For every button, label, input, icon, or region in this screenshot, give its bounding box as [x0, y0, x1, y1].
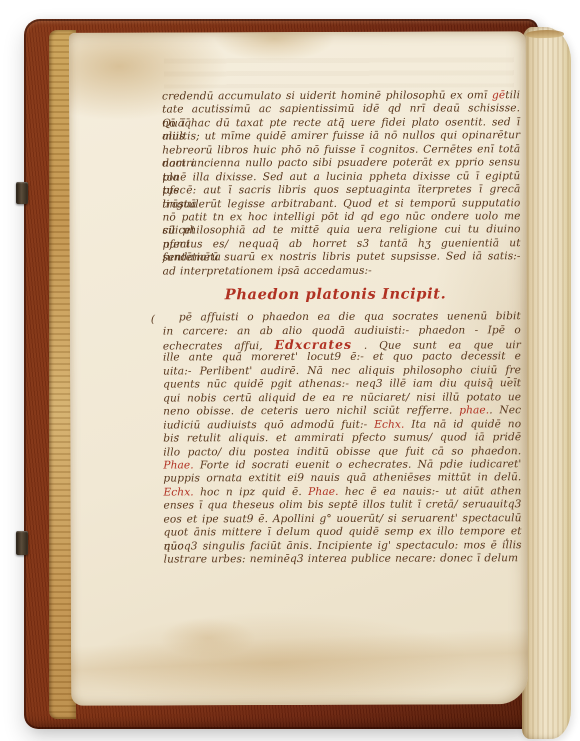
- line-text: pē affuisti o phaedon ea die qua socrate…: [179, 310, 521, 323]
- line-text: puppis ornata extitit ei9 nauis quā athe…: [163, 472, 521, 485]
- margin-mark: -: [507, 371, 511, 383]
- speaker-tag: Phae.: [163, 459, 193, 471]
- speaker-tag: Edxcrates: [275, 337, 352, 352]
- line-text: qui nobis certū aliquid de ea re nūciare…: [163, 391, 521, 404]
- line-text: . Nec: [489, 404, 521, 416]
- manuscript-line: lustrare urbes: neminēq3 interea publice…: [164, 552, 522, 567]
- line-text: lustrare urbes: neminēq3 interea publice…: [164, 552, 519, 565]
- manuscript-line: ad interpretationem ipsā accedamus:-: [163, 264, 521, 279]
- line-text: illo pacto/ diu postea inditū obisse que…: [163, 445, 521, 458]
- line-text: quoq3 singulis faciūt ānis. Incipiente i…: [164, 539, 522, 552]
- manuscript-line: echecrates affui, Edxcrates . Que sunt e…: [163, 337, 521, 352]
- manuscript-line: Phae. Forte id socrati euenit o echecrat…: [163, 458, 521, 473]
- manuscript-line: sentētiarū suarū ex nostris libris putet…: [163, 250, 521, 265]
- line-text: multis; ut mīme quidē amirer fuisse iā n…: [162, 130, 520, 143]
- fore-edge-top-shadow: [526, 29, 564, 38]
- verso-show-through: [164, 57, 514, 88]
- manuscript-line: puppis ornata extitit ei9 nauis quā athe…: [163, 472, 521, 487]
- manuscript-line: ille ante quā moreret' locut9 ē:- et quo…: [163, 351, 521, 366]
- manuscript-line: bis retulit aliquis. et ammirati pfecto …: [163, 431, 521, 446]
- manuscript-line: credendū accumulato si uiderit hominē ph…: [162, 89, 520, 104]
- dialogue-paragraph: pē affuisti o phaedon ea die qua socrate…: [163, 310, 522, 567]
- manuscript-line: multis; ut mīme quidē amirer fuisse iā n…: [162, 130, 520, 145]
- speaker-tag: phae.: [459, 405, 489, 417]
- manuscript-line: tus ē: aut ī sacris libris quos septuagi…: [162, 183, 520, 198]
- speaker-tag: Echx.: [374, 418, 404, 430]
- manuscript-photo: credendū accumulato si uiderit hominē ph…: [0, 0, 580, 741]
- manuscript-line: tonē illa dixisse. Sed aut a lucinia pph…: [162, 170, 520, 185]
- line-text: tili: [505, 89, 520, 101]
- manuscript-page: credendū accumulato si uiderit hominē ph…: [69, 31, 528, 706]
- manuscript-line: trāstulerūt legisse arbitrabant. Quod et…: [162, 197, 520, 212]
- manuscript-line: illo pacto/ diu postea inditū obisse que…: [163, 445, 521, 460]
- line-text: Forte id socrati euenit o echecrates. Nā…: [194, 458, 522, 471]
- manuscript-line: hebreorū libros huic phō nō fuisse ī cog…: [162, 143, 520, 158]
- manuscript-line: iudiciū audiuists quō admodū fuit:- Echx…: [163, 418, 521, 433]
- clasp-bottom: [16, 531, 28, 555]
- line-text: uita:- Perlibent' audirē. Nā nec aliquis…: [163, 364, 521, 377]
- manuscript-line: quoq3 singulis faciūt ānis. Incipiente i…: [164, 539, 522, 554]
- manuscript-line: tate acutissimū ac sapientissimū idē qd …: [162, 103, 520, 118]
- clasp-top: [16, 182, 28, 204]
- speaker-tag: gē: [492, 89, 505, 101]
- manuscript-line: quents nūc quidē pgit athenas:- neq3 ill…: [163, 378, 521, 393]
- line-text: hoc n ipz quid ē.: [194, 486, 308, 498]
- manuscript-line: uita:- Perlibent' audirē. Nā nec aliquis…: [163, 364, 521, 379]
- manuscript-line: neno obisse. de ceteris uero nichil sciū…: [163, 404, 521, 419]
- line-text: ad interpretationem ipsā accedamus:-: [163, 264, 372, 277]
- rubric-title: Phaedon platonis Incipit.: [163, 284, 521, 305]
- line-text: credendū accumulato si uiderit hominē ph…: [162, 89, 492, 102]
- line-text: iudiciū audiuists quō admodū fuit:-: [163, 418, 374, 431]
- manuscript-line: nō ī hac dū taxat pte recte atq̄ uere fi…: [162, 116, 520, 131]
- speaker-tag: Phae.: [308, 486, 338, 498]
- line-text: hec ē ea nauis:- ut aiūt athen: [339, 485, 522, 498]
- manuscript-line: cū philosophiā ad te mittē quia uera rel…: [162, 224, 520, 239]
- text-block: credendū accumulato si uiderit hominē ph…: [162, 89, 522, 567]
- manuscript-line: nam ancienna nullo pacto sibi psuadere p…: [162, 156, 520, 171]
- manuscript-line: quot ānis mittere ī delum quod quidē sem…: [164, 525, 522, 540]
- manuscript-line: qui nobis certū aliquid de ea re nūciare…: [163, 391, 521, 406]
- line-text: Ita nā id quidē no: [404, 418, 521, 430]
- line-text: ille ante quā moreret' locut9 ē:- et quo…: [163, 351, 521, 364]
- manuscript-line: eos et ipe suat9 ē. Apollini g° uouerūt/…: [164, 512, 522, 527]
- line-text: neno obisse. de ceteris uero nichil sciū…: [163, 405, 459, 418]
- manuscript-line: Echx. hoc n ipz quid ē. Phae. hec ē ea n…: [163, 485, 521, 500]
- line-text: trāstulerūt legisse arbitrabant. Quod et…: [162, 197, 520, 210]
- manuscript-line: nō patit tn ex hoc intelligi pōt id qd e…: [162, 210, 520, 225]
- line-text: enses ī qua theseus olim bis septē illos…: [163, 498, 521, 511]
- fore-edge-pages: [522, 27, 571, 739]
- line-text: bis retulit aliquis. et ammirati pfecto …: [163, 431, 521, 444]
- manuscript-line: enses ī qua theseus olim bis septē illos…: [163, 498, 521, 513]
- line-text: in carcere: an ab alio quodā audiuisti:-…: [163, 324, 521, 337]
- line-text: eos et ipe suat9 ē. Apollini g° uouerūt/…: [164, 512, 522, 525]
- manuscript-line: pē affuisti o phaedon ea die qua socrate…: [163, 310, 521, 325]
- manuscript-line: pfectus es/ nequaq̄ ab horret s3 tantā h…: [163, 237, 521, 252]
- speaker-tag: Echx.: [163, 486, 193, 498]
- line-text: sentētiarū suarū ex nostris libris putet…: [163, 250, 521, 263]
- preface-paragraph: credendū accumulato si uiderit hominē ph…: [162, 89, 521, 278]
- margin-mark: ·: [176, 430, 179, 442]
- margin-mark: ʼ: [505, 537, 508, 549]
- margin-mark: (: [151, 314, 155, 326]
- line-text: quents nūc quidē pgit athenas:- neq3 ill…: [163, 378, 521, 391]
